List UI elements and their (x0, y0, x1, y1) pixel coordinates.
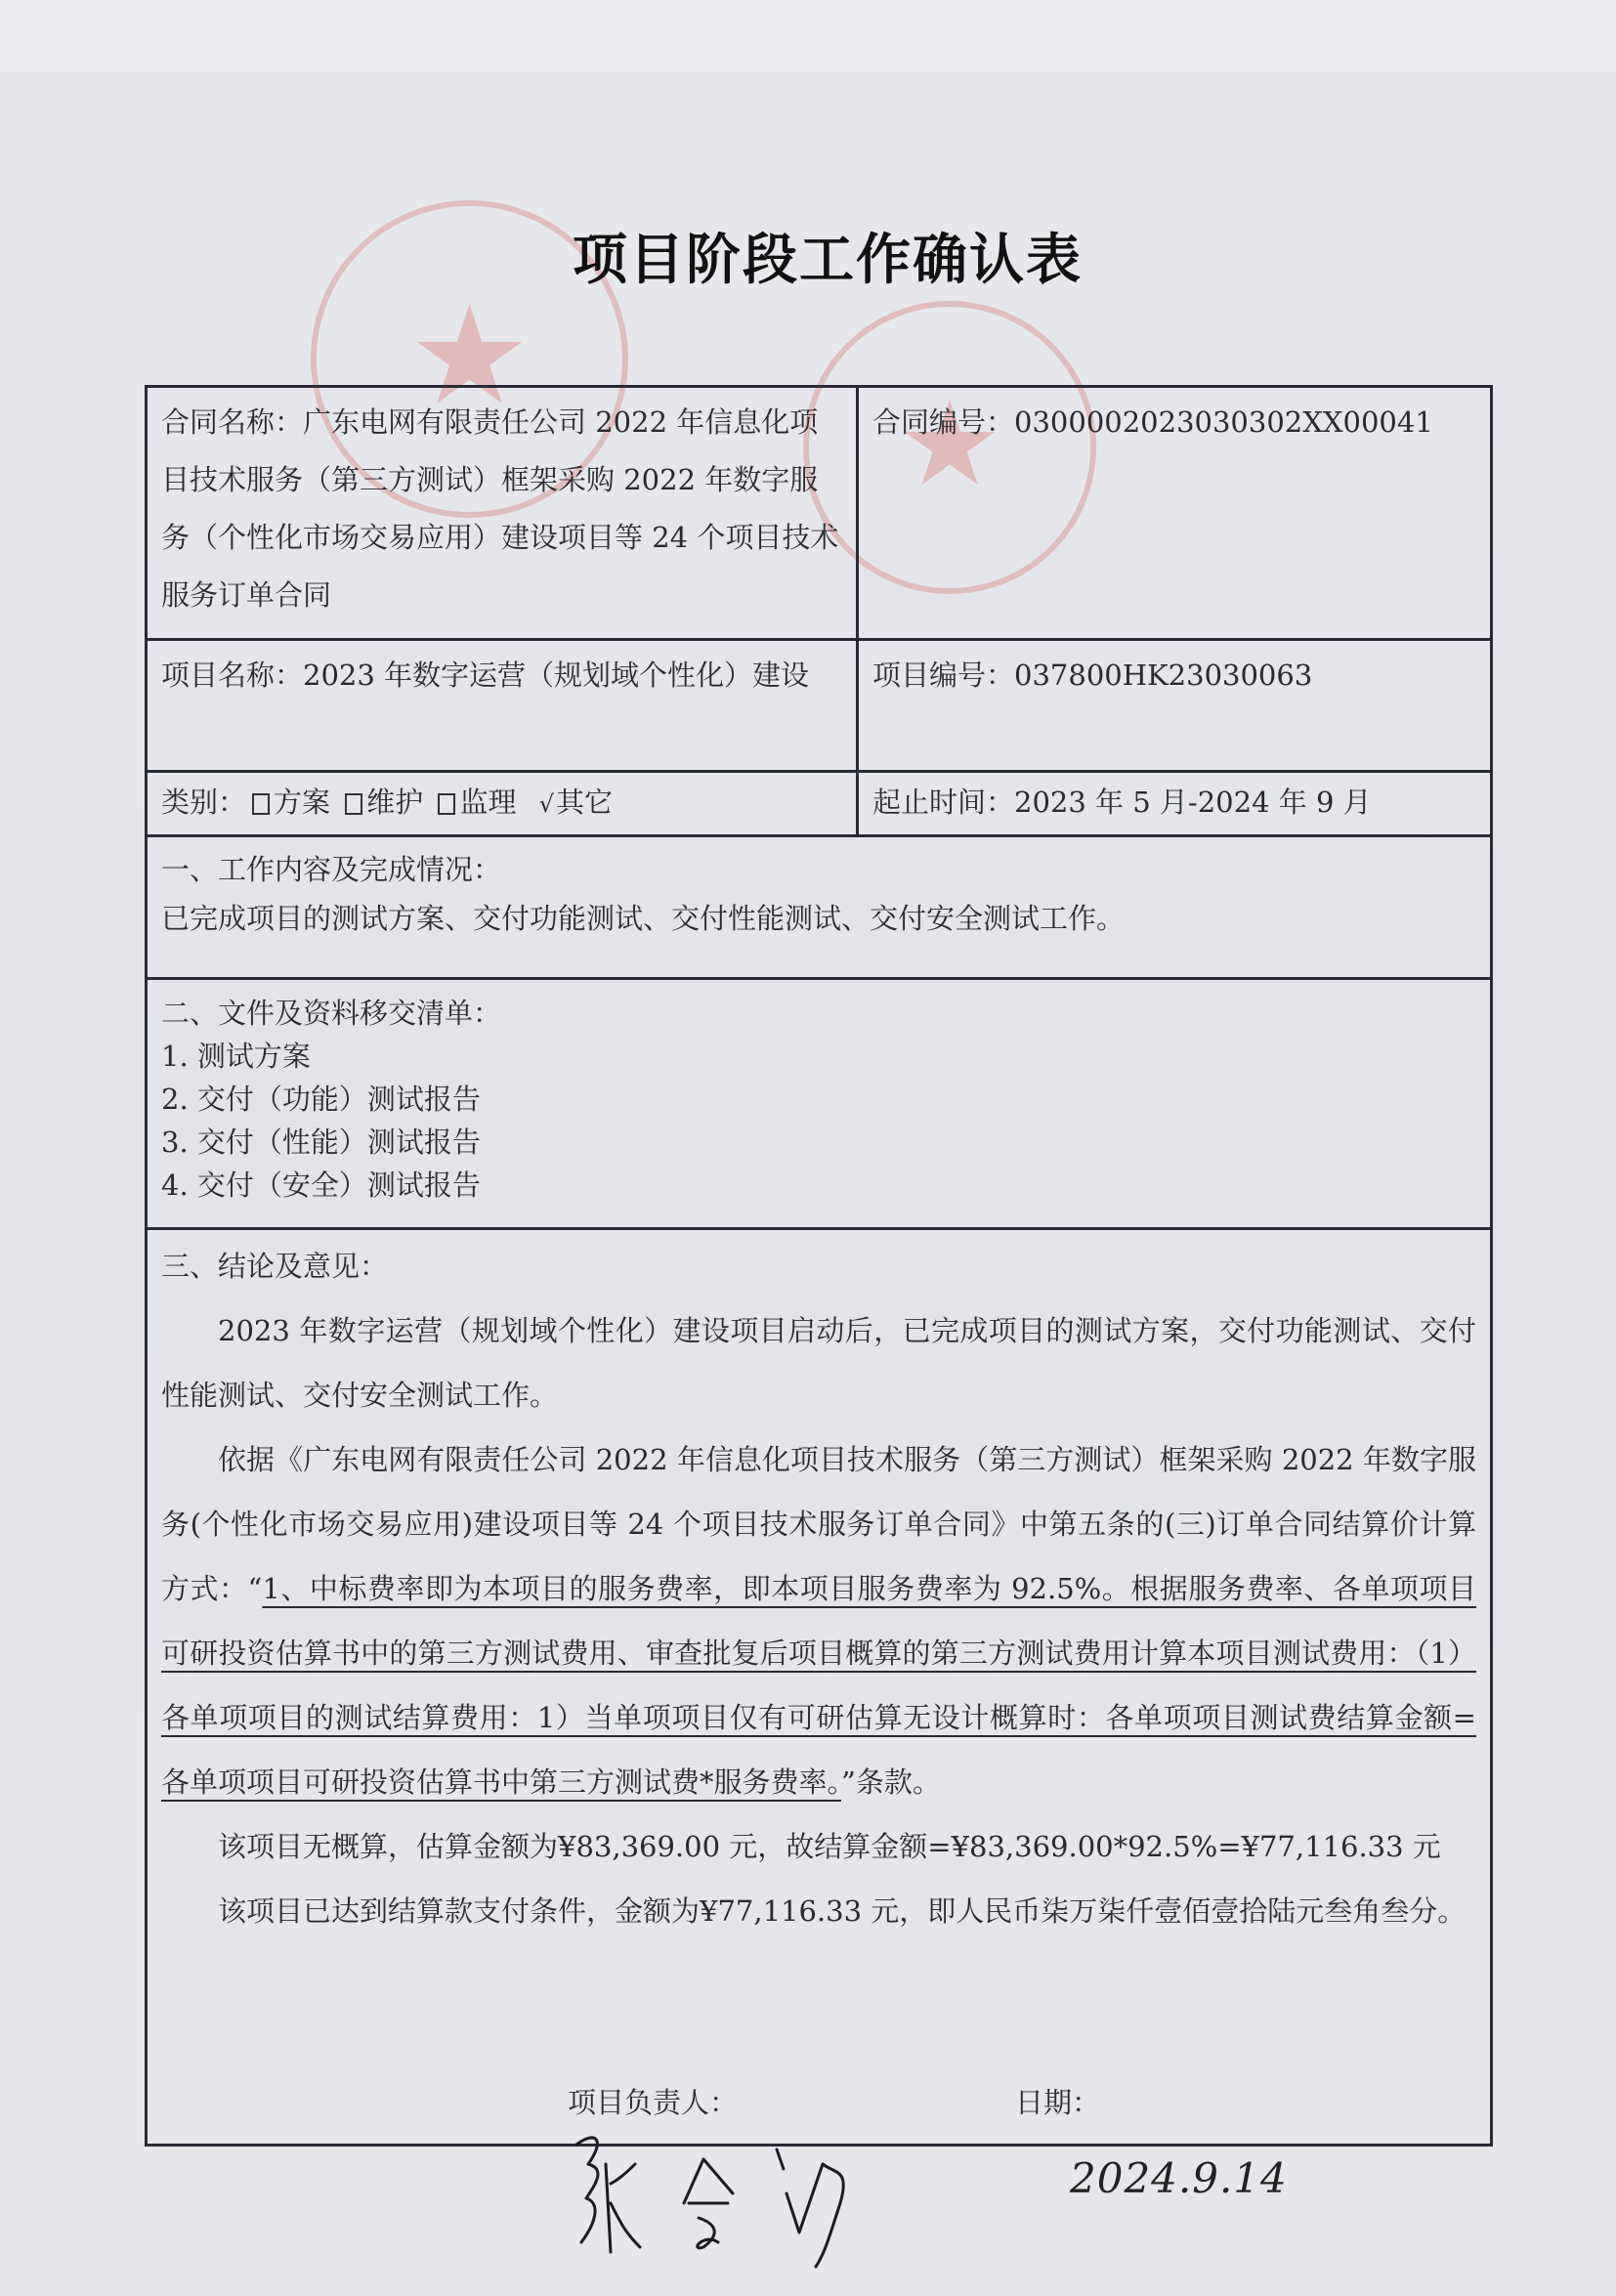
section2-heading: 二、文件及资料移交清单： (161, 992, 1478, 1035)
project-no-cell: 项目编号：037800HK23030063 (859, 641, 1490, 770)
checkmark-icon[interactable]: √ (539, 790, 554, 818)
contract-name-cell: 合同名称：广东电网有限责任公司 2022 年信息化项目技术服务（第三方测试）框架… (148, 388, 859, 638)
category-option-weihu: 维护 (366, 786, 423, 819)
confirmation-table: 合同名称：广东电网有限责任公司 2022 年信息化项目技术服务（第三方测试）框架… (145, 385, 1493, 2147)
handwritten-date: 2024.9.14 (1070, 2154, 1288, 2202)
date-label: 日期： (1015, 2083, 1100, 2122)
checkbox-weihu[interactable] (345, 793, 362, 815)
work-content-cell: 一、工作内容及完成情况： 已完成项目的测试方案、交付功能测试、交付性能测试、交付… (148, 837, 1490, 977)
project-row: 项目名称：2023 年数字运营（规划域个性化）建设 项目编号：037800HK2… (148, 641, 1490, 773)
category-row: 类别：方案 维护 监理 √其它 起止时间：2023 年 5 月-2024 年 9… (148, 773, 1490, 837)
conclusion-para-3: 该项目无概算，估算金额为¥83,369.00 元，故结算金额=¥83,369.0… (161, 1814, 1476, 1879)
signature-line: 项目负责人： 日期： (148, 2083, 1490, 2122)
contract-no-cell: 合同编号：0300002023030302XX00041 (859, 388, 1490, 638)
handover-item: 2. 交付（功能）测试报告 (161, 1078, 1478, 1121)
project-no-label: 项目编号： (872, 659, 1014, 692)
contract-no-label: 合同编号： (872, 405, 1014, 439)
conclusion-cell: 三、结论及意见： 2023 年数字运营（规划域个性化）建设项目启动后，已完成项目… (148, 1230, 1490, 2144)
handover-item: 4. 交付（安全）测试报告 (161, 1164, 1478, 1207)
handover-item: 1. 测试方案 (161, 1035, 1478, 1078)
project-name-label: 项目名称： (161, 659, 303, 692)
project-no-value: 037800HK23030063 (1014, 659, 1312, 692)
section3-heading: 三、结论及意见： (161, 1234, 1476, 1298)
period-label: 起止时间： (872, 786, 1014, 819)
checkbox-fangan[interactable] (252, 793, 270, 815)
handover-cell: 二、文件及资料移交清单： 1. 测试方案 2. 交付（功能）测试报告 3. 交付… (148, 980, 1490, 1227)
handwritten-signature (567, 2125, 1006, 2281)
category-option-fangan: 方案 (274, 786, 330, 819)
conclusion-para-1: 2023 年数字运营（规划域个性化）建设项目启动后，已完成项目的测试方案，交付功… (161, 1298, 1476, 1427)
section1-heading: 一、工作内容及完成情况： (161, 845, 1478, 894)
contract-name-label: 合同名称： (161, 405, 303, 439)
period-value: 2023 年 5 月-2024 年 9 月 (1014, 786, 1372, 819)
clause-quote-underlined: 1、中标费率即为本项目的服务费率，即本项目服务费率为 92.5%。根据服务费率、… (161, 1572, 1476, 1799)
section-work-content: 一、工作内容及完成情况： 已完成项目的测试方案、交付功能测试、交付性能测试、交付… (148, 837, 1490, 980)
conclusion-para-4: 该项目已达到结算款支付条件，金额为¥77,116.33 元，即人民币柒万柒仟壹佰… (161, 1879, 1476, 1943)
contract-no-value: 0300002023030302XX00041 (1014, 405, 1433, 439)
handover-item: 3. 交付（性能）测试报告 (161, 1121, 1478, 1164)
section1-body: 已完成项目的测试方案、交付功能测试、交付性能测试、交付安全测试工作。 (161, 894, 1478, 943)
project-name-value: 2023 年数字运营（规划域个性化）建设 (303, 659, 809, 692)
contract-row: 合同名称：广东电网有限责任公司 2022 年信息化项目技术服务（第三方测试）框架… (148, 388, 1490, 641)
owner-label: 项目负责人： (568, 2083, 738, 2122)
category-cell: 类别：方案 维护 监理 √其它 (148, 773, 859, 834)
document-title: 项目阶段工作确认表 (0, 217, 1616, 295)
period-cell: 起止时间：2023 年 5 月-2024 年 9 月 (859, 773, 1490, 834)
clause-suffix: ”条款。 (841, 1765, 941, 1799)
project-name-cell: 项目名称：2023 年数字运营（规划域个性化）建设 (148, 641, 859, 770)
section-handover-list: 二、文件及资料移交清单： 1. 测试方案 2. 交付（功能）测试报告 3. 交付… (148, 980, 1490, 1230)
conclusion-para-2: 依据《广东电网有限责任公司 2022 年信息化项目技术服务（第三方测试）框架采购… (161, 1427, 1476, 1814)
checkbox-jianli[interactable] (438, 793, 455, 815)
category-label: 类别： (161, 786, 246, 819)
section-conclusion: 三、结论及意见： 2023 年数字运营（规划域个性化）建设项目启动后，已完成项目… (148, 1230, 1490, 2144)
category-option-qita: 其它 (556, 786, 613, 819)
category-option-jianli: 监理 (459, 786, 516, 819)
